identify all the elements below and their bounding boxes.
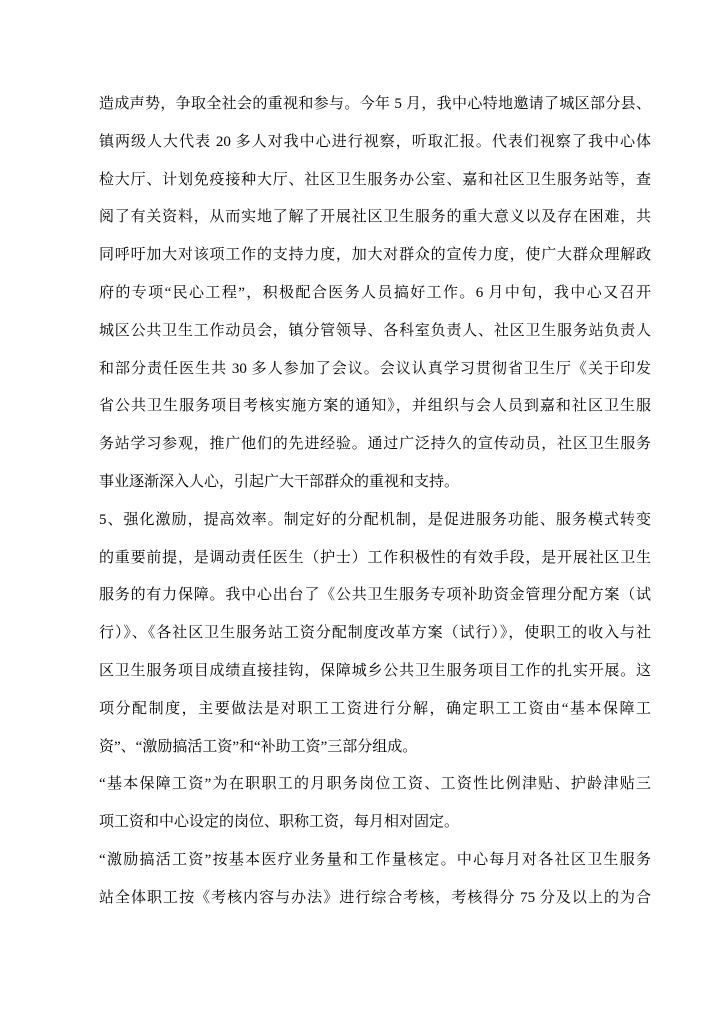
text-line-paragraph-end: 资”、“激励搞活工资”和“补助工资”三部分组成。 (99, 729, 651, 767)
text-line: 区卫生服务项目成绩直接挂钩，保障城乡公共卫生服务项目工作的扎实开展。这 (99, 653, 651, 691)
text-line-paragraph-end: 事业逐渐深入人心，引起广大干部群众的重视和支持。 (99, 464, 651, 502)
text-line: 和部分责任医生共 30 多人参加了会议。会议认真学习贯彻省卫生厅《关于印发 (99, 351, 651, 389)
text-line: 城区公共卫生工作动员会，镇分管领导、各科室负责人、社区卫生服务站负责人 (99, 313, 651, 351)
text-line: 镇两级人大代表 20 多人对我中心进行视察，听取汇报。代表们视察了我中心体 (99, 124, 651, 162)
text-line: 同呼吁加大对该项工作的支持力度，加大对群众的宣传力度，使广大群众理解政 (99, 237, 651, 275)
document-page: 造成声势，争取全社会的重视和参与。今年 5 月，我中心特地邀请了城区部分县、 镇… (0, 0, 721, 1020)
text-body: 造成声势，争取全社会的重视和参与。今年 5 月，我中心特地邀请了城区部分县、 镇… (99, 86, 651, 918)
text-line: 5、强化激励，提高效率。制定好的分配机制，是促进服务功能、服务模式转变 (99, 502, 651, 540)
text-line: 服务的有力保障。我中心出台了《公共卫生服务专项补助资金管理分配方案（试 (99, 577, 651, 615)
text-line: 的重要前提，是调动责任医生（护士）工作积极性的有效手段，是开展社区卫生 (99, 540, 651, 578)
text-line: “基本保障工资”为在职职工的月职务岗位工资、工资性比例津贴、护龄津贴三 (99, 766, 651, 804)
text-line: “激励搞活工资”按基本医疗业务量和工作量核定。中心每月对各社区卫生服务 (99, 842, 651, 880)
text-line: 府的专项“民心工程”，积极配合医务人员搞好工作。6 月中旬，我中心又召开 (99, 275, 651, 313)
text-line: 检大厅、计划免疫接种大厅、社区卫生服务办公室、嘉和社区卫生服务站等，查 (99, 162, 651, 200)
text-line: 省公共卫生服务项目考核实施方案的通知》，并组织与会人员到嘉和社区卫生服 (99, 388, 651, 426)
text-line: 站全体职工按《考核内容与办法》进行综合考核，考核得分 75 分及以上的为合 (99, 880, 651, 918)
text-line: 务站学习参观，推广他们的先进经验。通过广泛持久的宣传动员，社区卫生服务 (99, 426, 651, 464)
text-line: 行）》、《各社区卫生服务站工资分配制度改革方案（试行）》，使职工的收入与社 (99, 615, 651, 653)
text-line: 项分配制度，主要做法是对职工工资进行分解，确定职工工资由“基本保障工 (99, 691, 651, 729)
text-line: 造成声势，争取全社会的重视和参与。今年 5 月，我中心特地邀请了城区部分县、 (99, 86, 651, 124)
text-line-paragraph-end: 项工资和中心设定的岗位、职称工资，每月相对固定。 (99, 804, 651, 842)
text-line: 阅了有关资料，从而实地了解了开展社区卫生服务的重大意义以及存在困难，共 (99, 199, 651, 237)
